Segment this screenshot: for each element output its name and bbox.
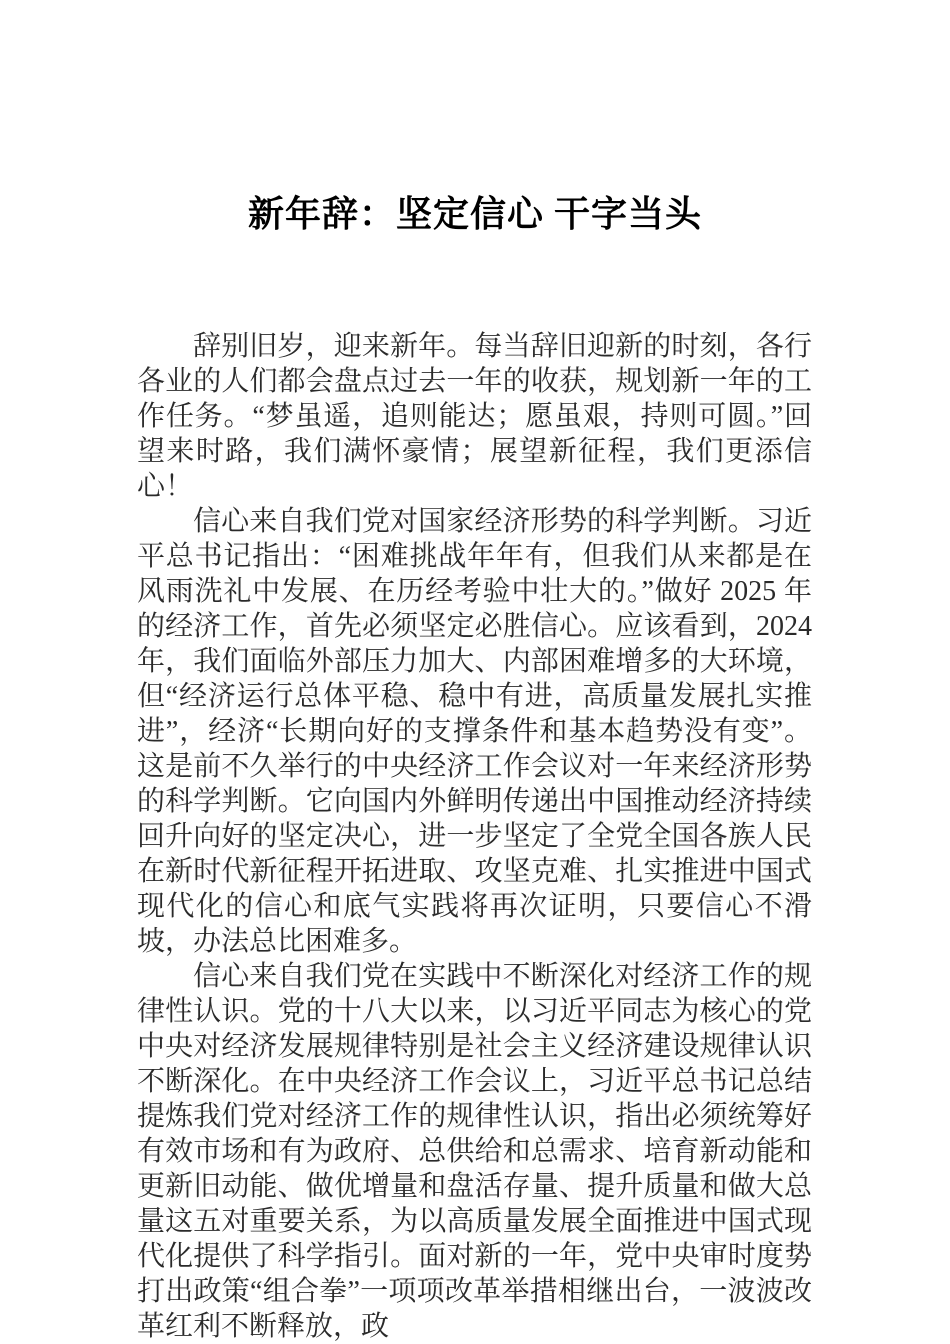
paragraph-1: 辞别旧岁，迎来新年。每当辞旧迎新的时刻，各行各业的人们都会盘点过去一年的收获，规… [137, 329, 812, 504]
document-body: 辞别旧岁，迎来新年。每当辞旧迎新的时刻，各行各业的人们都会盘点过去一年的收获，规… [137, 329, 812, 1344]
paragraph-3: 信心来自我们党在实践中不断深化对经济工作的规律性认识。党的十八大以来，以习近平同… [137, 959, 812, 1344]
paragraph-2: 信心来自我们党对国家经济形势的科学判断。习近平总书记指出：“困难挑战年年有，但我… [137, 504, 812, 959]
document-page: 新年辞：坚定信心 干字当头 辞别旧岁，迎来新年。每当辞旧迎新的时刻，各行各业的人… [0, 0, 950, 1344]
document-title: 新年辞：坚定信心 干字当头 [0, 192, 950, 236]
